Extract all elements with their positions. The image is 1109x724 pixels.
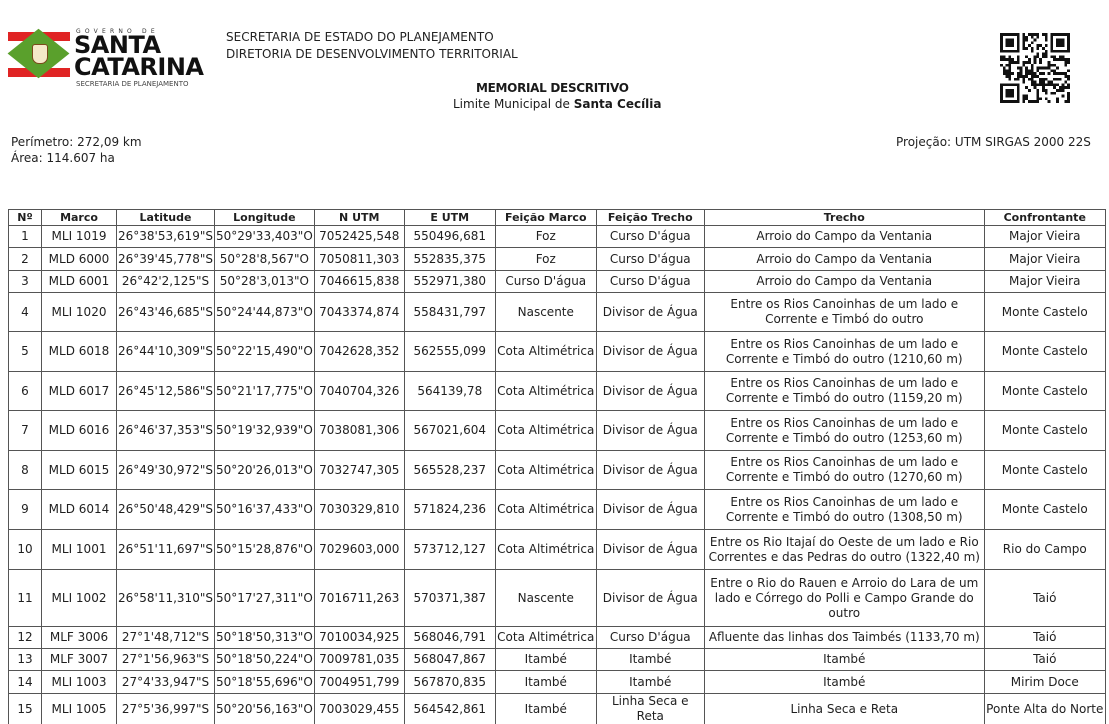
column-header-neighbor: Confrontante — [984, 210, 1105, 226]
cell-n-utm: 7016711,263 — [314, 570, 404, 627]
cell-n-utm: 7042628,352 — [314, 332, 404, 372]
cell-segment: Entre os Rios Canoinhas de um lado e Cor… — [704, 451, 984, 490]
cell-marker: MLF 3006 — [42, 627, 117, 649]
cell-latitude: 27°1'48,712"S — [117, 627, 215, 649]
santa-catarina-logo: GOVERNO DE SANTA CATARINA SECRETARIA DE … — [8, 28, 208, 90]
logo-name-line2: CATARINA — [74, 55, 203, 79]
cell-latitude: 26°44'10,309"S — [117, 332, 215, 372]
table-row: 7MLD 601626°46'37,353"S50°19'32,939"O703… — [9, 411, 1106, 451]
cell-longitude: 50°24'44,873"O — [214, 293, 314, 332]
table-row: 6MLD 601726°45'12,586"S50°21'17,775"O704… — [9, 372, 1106, 411]
cell-marker-feature: Foz — [495, 226, 596, 248]
cell-segment-feature: Divisor de Água — [596, 332, 704, 372]
cell-marker-feature: Itambé — [495, 649, 596, 671]
cell-marker: MLI 1001 — [42, 530, 117, 570]
cell-marker: MLI 1020 — [42, 293, 117, 332]
cell-neighbor: Major Vieira — [984, 226, 1105, 248]
cell-longitude: 50°20'56,163"O — [214, 694, 314, 724]
boundary-markers-table: NºMarcoLatitudeLongitudeN UTME UTMFeição… — [8, 209, 1106, 724]
cell-e-utm: 568046,791 — [404, 627, 495, 649]
cell-longitude: 50°19'32,939"O — [214, 411, 314, 451]
cell-segment: Itambé — [704, 671, 984, 694]
cell-latitude: 27°5'36,997"S — [117, 694, 215, 724]
cell-marker-feature: Cota Altimétrica — [495, 372, 596, 411]
cell-marker: MLF 3007 — [42, 649, 117, 671]
cell-marker: MLI 1005 — [42, 694, 117, 724]
cell-e-utm: 562555,099 — [404, 332, 495, 372]
cell-marker-feature: Cota Altimétrica — [495, 530, 596, 570]
cell-segment-feature: Curso D'água — [596, 226, 704, 248]
cell-neighbor: Monte Castelo — [984, 411, 1105, 451]
cell-e-utm: 568047,867 — [404, 649, 495, 671]
cell-segment: Entre o Rio do Rauen e Arroio do Lara de… — [704, 570, 984, 627]
cell-marker: MLD 6017 — [42, 372, 117, 411]
cell-number: 4 — [9, 293, 42, 332]
cell-number: 3 — [9, 271, 42, 293]
cell-marker-feature: Itambé — [495, 671, 596, 694]
cell-n-utm: 7004951,799 — [314, 671, 404, 694]
column-header-longitude: Longitude — [214, 210, 314, 226]
cell-marker-feature: Itambé — [495, 694, 596, 724]
cell-neighbor: Major Vieira — [984, 248, 1105, 271]
cell-number: 6 — [9, 372, 42, 411]
cell-segment-feature: Curso D'água — [596, 627, 704, 649]
cell-n-utm: 7032747,305 — [314, 451, 404, 490]
cell-n-utm: 7030329,810 — [314, 490, 404, 530]
projection-value: Projeção: UTM SIRGAS 2000 22S — [896, 134, 1091, 150]
cell-number: 1 — [9, 226, 42, 248]
table-row: 10MLI 100126°51'11,697"S50°15'28,876"O70… — [9, 530, 1106, 570]
cell-neighbor: Rio do Campo — [984, 530, 1105, 570]
table-row: 4MLI 102026°43'46,685"S50°24'44,873"O704… — [9, 293, 1106, 332]
cell-e-utm: 567870,835 — [404, 671, 495, 694]
cell-segment: Entre os Rios Canoinhas de um lado e Cor… — [704, 490, 984, 530]
cell-longitude: 50°18'55,696"O — [214, 671, 314, 694]
cell-number: 11 — [9, 570, 42, 627]
cell-longitude: 50°28'8,567"O — [214, 248, 314, 271]
cell-neighbor: Taió — [984, 649, 1105, 671]
cell-marker-feature: Cota Altimétrica — [495, 490, 596, 530]
column-header-e-utm: E UTM — [404, 210, 495, 226]
cell-longitude: 50°21'17,775"O — [214, 372, 314, 411]
cell-number: 5 — [9, 332, 42, 372]
cell-number: 2 — [9, 248, 42, 271]
cell-latitude: 27°4'33,947"S — [117, 671, 215, 694]
cell-longitude: 50°18'50,313"O — [214, 627, 314, 649]
document-title: MEMORIAL DESCRITIVO — [476, 81, 629, 95]
column-header-marker: Marco — [42, 210, 117, 226]
cell-segment: Entre os Rio Itajaí do Oeste de um lado … — [704, 530, 984, 570]
cell-neighbor: Mirim Doce — [984, 671, 1105, 694]
cell-marker-feature: Cota Altimétrica — [495, 451, 596, 490]
cell-neighbor: Major Vieira — [984, 271, 1105, 293]
cell-longitude: 50°16'37,433"O — [214, 490, 314, 530]
cell-number: 12 — [9, 627, 42, 649]
table-row: 13MLF 300727°1'56,963"S50°18'50,224"O700… — [9, 649, 1106, 671]
cell-number: 14 — [9, 671, 42, 694]
cell-marker-feature: Nascente — [495, 570, 596, 627]
column-header-marker-feature: Feição Marco — [495, 210, 596, 226]
cell-segment-feature: Itambé — [596, 649, 704, 671]
cell-segment: Entre os Rios Canoinhas de um lado e Cor… — [704, 411, 984, 451]
cell-marker: MLD 6001 — [42, 271, 117, 293]
cell-longitude: 50°28'3,013"O — [214, 271, 314, 293]
cell-marker-feature: Nascente — [495, 293, 596, 332]
cell-e-utm: 552835,375 — [404, 248, 495, 271]
table-row: 1MLI 101926°38'53,619"S50°29'33,403"O705… — [9, 226, 1106, 248]
cell-segment: Arroio do Campo da Ventania — [704, 226, 984, 248]
column-header-segment-feature: Feição Trecho — [596, 210, 704, 226]
cell-segment-feature: Divisor de Água — [596, 490, 704, 530]
cell-longitude: 50°22'15,490"O — [214, 332, 314, 372]
cell-segment-feature: Divisor de Água — [596, 372, 704, 411]
cell-number: 15 — [9, 694, 42, 724]
cell-marker: MLD 6016 — [42, 411, 117, 451]
cell-longitude: 50°17'27,311"O — [214, 570, 314, 627]
document-subtitle: Limite Municipal de Santa Cecília — [453, 97, 662, 111]
table-row: 12MLF 300627°1'48,712"S50°18'50,313"O701… — [9, 627, 1106, 649]
cell-e-utm: 567021,604 — [404, 411, 495, 451]
column-header-number: Nº — [9, 210, 42, 226]
column-header-latitude: Latitude — [117, 210, 215, 226]
cell-e-utm: 565528,237 — [404, 451, 495, 490]
cell-latitude: 26°50'48,429"S — [117, 490, 215, 530]
cell-n-utm: 7052425,548 — [314, 226, 404, 248]
cell-n-utm: 7003029,455 — [314, 694, 404, 724]
cell-segment-feature: Divisor de Água — [596, 570, 704, 627]
cell-segment: Entre os Rios Canoinhas de um lado e Cor… — [704, 293, 984, 332]
cell-neighbor: Monte Castelo — [984, 332, 1105, 372]
cell-segment: Linha Seca e Reta — [704, 694, 984, 724]
table-row: 15MLI 100527°5'36,997"S50°20'56,163"O700… — [9, 694, 1106, 724]
cell-marker: MLD 6014 — [42, 490, 117, 530]
table-row: 8MLD 601526°49'30,972"S50°20'26,013"O703… — [9, 451, 1106, 490]
cell-segment-feature: Itambé — [596, 671, 704, 694]
cell-number: 13 — [9, 649, 42, 671]
cell-latitude: 26°46'37,353"S — [117, 411, 215, 451]
logo-bottom-line: SECRETARIA DE PLANEJAMENTO — [76, 80, 189, 88]
cell-segment-feature: Divisor de Água — [596, 530, 704, 570]
cell-latitude: 27°1'56,963"S — [117, 649, 215, 671]
cell-marker: MLD 6018 — [42, 332, 117, 372]
cell-latitude: 26°45'12,586"S — [117, 372, 215, 411]
cell-latitude: 26°51'11,697"S — [117, 530, 215, 570]
cell-marker: MLI 1003 — [42, 671, 117, 694]
cell-marker: MLI 1002 — [42, 570, 117, 627]
cell-segment: Entre os Rios Canoinhas de um lado e Cor… — [704, 332, 984, 372]
cell-n-utm: 7010034,925 — [314, 627, 404, 649]
cell-number: 8 — [9, 451, 42, 490]
cell-longitude: 50°20'26,013"O — [214, 451, 314, 490]
cell-neighbor: Taió — [984, 627, 1105, 649]
cell-neighbor: Monte Castelo — [984, 490, 1105, 530]
cell-latitude: 26°43'46,685"S — [117, 293, 215, 332]
qr-code-icon — [1000, 33, 1070, 103]
cell-n-utm: 7009781,035 — [314, 649, 404, 671]
cell-segment: Itambé — [704, 649, 984, 671]
cell-e-utm: 552971,380 — [404, 271, 495, 293]
state-flag-icon — [8, 30, 70, 76]
cell-n-utm: 7029603,000 — [314, 530, 404, 570]
directorate-name: DIRETORIA DE DESENVOLVIMENTO TERRITORIAL — [226, 47, 518, 61]
cell-n-utm: 7038081,306 — [314, 411, 404, 451]
cell-number: 10 — [9, 530, 42, 570]
municipality-name: Santa Cecília — [574, 97, 662, 111]
cell-e-utm: 564542,861 — [404, 694, 495, 724]
cell-e-utm: 570371,387 — [404, 570, 495, 627]
cell-n-utm: 7050811,303 — [314, 248, 404, 271]
cell-segment-feature: Curso D'água — [596, 271, 704, 293]
cell-marker: MLD 6015 — [42, 451, 117, 490]
cell-number: 9 — [9, 490, 42, 530]
cell-segment-feature: Curso D'água — [596, 248, 704, 271]
cell-marker: MLI 1019 — [42, 226, 117, 248]
cell-latitude: 26°42'2,125"S — [117, 271, 215, 293]
cell-e-utm: 573712,127 — [404, 530, 495, 570]
cell-latitude: 26°58'11,310"S — [117, 570, 215, 627]
cell-segment-feature: Divisor de Água — [596, 293, 704, 332]
subtitle-prefix: Limite Municipal de — [453, 97, 574, 111]
cell-n-utm: 7040704,326 — [314, 372, 404, 411]
cell-marker-feature: Cota Altimétrica — [495, 627, 596, 649]
cell-neighbor: Monte Castelo — [984, 293, 1105, 332]
cell-segment-feature: Divisor de Água — [596, 451, 704, 490]
table-row: 9MLD 601426°50'48,429"S50°16'37,433"O703… — [9, 490, 1106, 530]
table-header-row: NºMarcoLatitudeLongitudeN UTME UTMFeição… — [9, 210, 1106, 226]
table-row: 2MLD 600026°39'45,778"S50°28'8,567"O7050… — [9, 248, 1106, 271]
table-row: 11MLI 100226°58'11,310"S50°17'27,311"O70… — [9, 570, 1106, 627]
cell-neighbor: Monte Castelo — [984, 451, 1105, 490]
cell-n-utm: 7043374,874 — [314, 293, 404, 332]
cell-e-utm: 564139,78 — [404, 372, 495, 411]
cell-longitude: 50°29'33,403"O — [214, 226, 314, 248]
cell-longitude: 50°18'50,224"O — [214, 649, 314, 671]
column-header-n-utm: N UTM — [314, 210, 404, 226]
secretariat-name: SECRETARIA DE ESTADO DO PLANEJAMENTO — [226, 30, 494, 44]
cell-latitude: 26°38'53,619"S — [117, 226, 215, 248]
table-row: 5MLD 601826°44'10,309"S50°22'15,490"O704… — [9, 332, 1106, 372]
cell-marker-feature: Curso D'água — [495, 271, 596, 293]
cell-segment: Arroio do Campo da Ventania — [704, 271, 984, 293]
cell-e-utm: 571824,236 — [404, 490, 495, 530]
cell-latitude: 26°49'30,972"S — [117, 451, 215, 490]
column-header-segment: Trecho — [704, 210, 984, 226]
cell-marker-feature: Foz — [495, 248, 596, 271]
cell-e-utm: 558431,797 — [404, 293, 495, 332]
cell-segment: Entre os Rios Canoinhas de um lado e Cor… — [704, 372, 984, 411]
cell-neighbor: Ponte Alta do Norte — [984, 694, 1105, 724]
cell-number: 7 — [9, 411, 42, 451]
cell-segment: Afluente das linhas dos Taimbés (1133,70… — [704, 627, 984, 649]
cell-neighbor: Taió — [984, 570, 1105, 627]
cell-segment-feature: Linha Seca e Reta — [596, 694, 704, 724]
table-row: 14MLI 100327°4'33,947"S50°18'55,696"O700… — [9, 671, 1106, 694]
cell-segment-feature: Divisor de Água — [596, 411, 704, 451]
cell-marker-feature: Cota Altimétrica — [495, 411, 596, 451]
cell-neighbor: Monte Castelo — [984, 372, 1105, 411]
perimeter-value: Perímetro: 272,09 km — [11, 134, 142, 150]
cell-marker: MLD 6000 — [42, 248, 117, 271]
cell-e-utm: 550496,681 — [404, 226, 495, 248]
area-value: Área: 114.607 ha — [11, 150, 115, 166]
cell-segment: Arroio do Campo da Ventania — [704, 248, 984, 271]
table-row: 3MLD 600126°42'2,125"S50°28'3,013"O70466… — [9, 271, 1106, 293]
cell-longitude: 50°15'28,876"O — [214, 530, 314, 570]
cell-n-utm: 7046615,838 — [314, 271, 404, 293]
cell-latitude: 26°39'45,778"S — [117, 248, 215, 271]
cell-marker-feature: Cota Altimétrica — [495, 332, 596, 372]
